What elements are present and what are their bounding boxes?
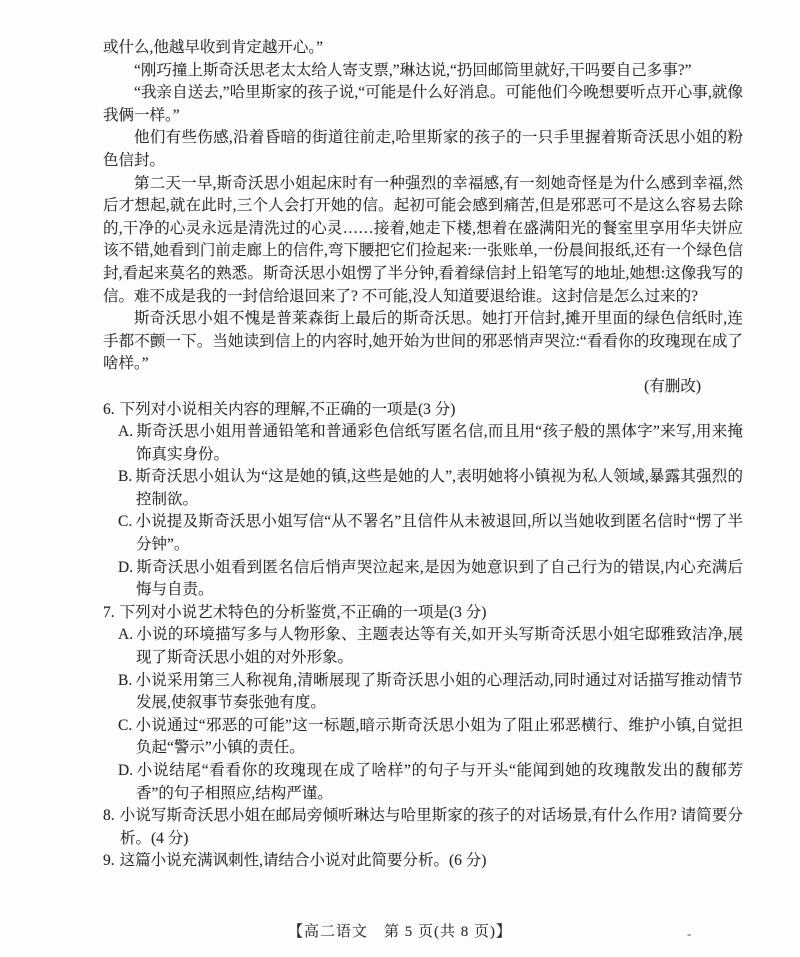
question-8: 8.小说写斯奇沃思小姐在邮局旁倾听琳达与哈里斯家的孩子的对话场景,有什么作用? … — [103, 805, 743, 850]
option-label: A. — [118, 626, 133, 643]
print-corner-mark: - — [687, 926, 691, 942]
question-6-text: 下列对小说相关内容的理解,不正确的一项是(3 分) — [120, 401, 456, 418]
passage-paragraph: 或什么,他越早收到肯定越开心。” — [103, 37, 743, 60]
page-footer-label: 【高二语文 第 5 页(共 8 页)】 — [0, 920, 800, 941]
question-9-stem: 9.这篇小说充满讽刺性,请结合小说对此简要分析。(6 分) — [103, 850, 743, 873]
question-8-number: 8. — [103, 807, 115, 824]
question-7: 7.下列对小说艺术特色的分析鉴赏,不正确的一项是(3 分) A.小说的环境描写多… — [103, 602, 743, 805]
question-6-number: 6. — [103, 401, 115, 418]
question-8-text: 小说写斯奇沃思小姐在邮局旁倾听琳达与哈里斯家的孩子的对话场景,有什么作用? 请简… — [120, 807, 743, 847]
option-text: 小说结尾“看看你的玫瑰现在成了啥样”的句子与开头“能闻到她的玫瑰散发出的馥郁芳香… — [136, 762, 743, 802]
exam-content: 或什么,他越早收到肯定越开心。” “刚巧撞上斯奇沃思老太太给人寄支票,”琳达说,… — [103, 37, 743, 873]
option-label: B. — [118, 468, 132, 485]
option-text: 小说通过“邪恶的可能”这一标题,暗示斯奇沃思小姐为了阻止邪恶横行、维护小镇,自觉… — [135, 717, 743, 757]
question-7-text: 下列对小说艺术特色的分析鉴赏,不正确的一项是(3 分) — [120, 604, 487, 621]
question-7-option-c: C.小说通过“邪恶的可能”这一标题,暗示斯奇沃思小姐为了阻止邪恶横行、维护小镇,… — [118, 715, 743, 760]
question-6-option-b: B.斯奇沃思小姐认为“这是她的镇,这些是她的人”,表明她将小镇视为私人领域,暴露… — [118, 466, 743, 511]
question-6-option-a: A.斯奇沃思小姐用普通铅笔和普通彩色信纸写匿名信,而且用“孩子般的黑体字”来写,… — [118, 421, 743, 466]
question-7-option-a: A.小说的环境描写多与人物形象、主题表达等有关,如开头写斯奇沃思小姐宅邸雅致洁净… — [118, 624, 743, 669]
question-6-option-d: D.斯奇沃思小姐看到匿名信后悄声哭泣起来,是因为她意识到了自己行为的错误,内心充… — [118, 557, 743, 602]
question-7-option-d: D.小说结尾“看看你的玫瑰现在成了啥样”的句子与开头“能闻到她的玫瑰散发出的馥郁… — [118, 760, 743, 805]
passage-paragraph: “刚巧撞上斯奇沃思老太太给人寄支票,”琳达说,“扔回邮筒里就好,干吗要自己多事?… — [103, 60, 743, 83]
question-6: 6.下列对小说相关内容的理解,不正确的一项是(3 分) A.斯奇沃思小姐用普通铅… — [103, 399, 743, 602]
option-label: D. — [118, 762, 133, 779]
option-text: 斯奇沃思小姐用普通铅笔和普通彩色信纸写匿名信,而且用“孩子般的黑体字”来写,用来… — [136, 423, 743, 463]
option-label: C. — [118, 513, 132, 530]
question-7-stem: 7.下列对小说艺术特色的分析鉴赏,不正确的一项是(3 分) — [103, 602, 743, 625]
option-label: B. — [118, 672, 132, 689]
passage-paragraph: 他们有些伤感,沿着昏暗的街道往前走,哈里斯家的孩子的一只手里握着斯奇沃思小姐的粉… — [103, 127, 743, 172]
option-text: 小说提及斯奇沃思小姐写信“从不署名”且信件从未被退回,所以当她收到匿名信时“愣了… — [135, 513, 743, 553]
question-9: 9.这篇小说充满讽刺性,请结合小说对此简要分析。(6 分) — [103, 850, 743, 873]
passage-paragraph: 第二天一早,斯奇沃思小姐起床时有一种强烈的幸福感,有一刻她奇怪是为什么感到幸福,… — [103, 173, 743, 309]
question-9-text: 这篇小说充满讽刺性,请结合小说对此简要分析。(6 分) — [120, 852, 487, 869]
question-7-number: 7. — [103, 604, 115, 621]
passage-attribution: (有删改) — [103, 376, 743, 399]
question-9-number: 9. — [103, 852, 115, 869]
option-text: 斯奇沃思小姐看到匿名信后悄声哭泣起来,是因为她意识到了自己行为的错误,内心充满后… — [136, 559, 743, 599]
option-text: 斯奇沃思小姐认为“这是她的镇,这些是她的人”,表明她将小镇视为私人领域,暴露其强… — [135, 468, 743, 508]
option-label: A. — [118, 423, 133, 440]
question-8-stem: 8.小说写斯奇沃思小姐在邮局旁倾听琳达与哈里斯家的孩子的对话场景,有什么作用? … — [103, 805, 743, 850]
passage-paragraph: 斯奇沃思小姐不愧是普莱森街上最后的斯奇沃思。她打开信封,摊开里面的绿色信纸时,连… — [103, 308, 743, 376]
option-text: 小说采用第三人称视角,清晰展现了斯奇沃思小姐的心理活动,同时通过对话描写推动情节… — [135, 672, 743, 712]
question-7-option-b: B.小说采用第三人称视角,清晰展现了斯奇沃思小姐的心理活动,同时通过对话描写推动… — [118, 670, 743, 715]
question-6-option-c: C.小说提及斯奇沃思小姐写信“从不署名”且信件从未被退回,所以当她收到匿名信时“… — [118, 511, 743, 556]
question-6-stem: 6.下列对小说相关内容的理解,不正确的一项是(3 分) — [103, 399, 743, 422]
option-text: 小说的环境描写多与人物形象、主题表达等有关,如开头写斯奇沃思小姐宅邸雅致洁净,展… — [136, 626, 743, 666]
option-label: D. — [118, 559, 133, 576]
option-label: C. — [118, 717, 132, 734]
exam-page: 或什么,他越早收到肯定越开心。” “刚巧撞上斯奇沃思老太太给人寄支票,”琳达说,… — [0, 0, 800, 957]
passage-paragraph: “我亲自送去,”哈里斯家的孩子说,“可能是什么好消息。可能他们今晚想要听点开心事… — [103, 82, 743, 127]
